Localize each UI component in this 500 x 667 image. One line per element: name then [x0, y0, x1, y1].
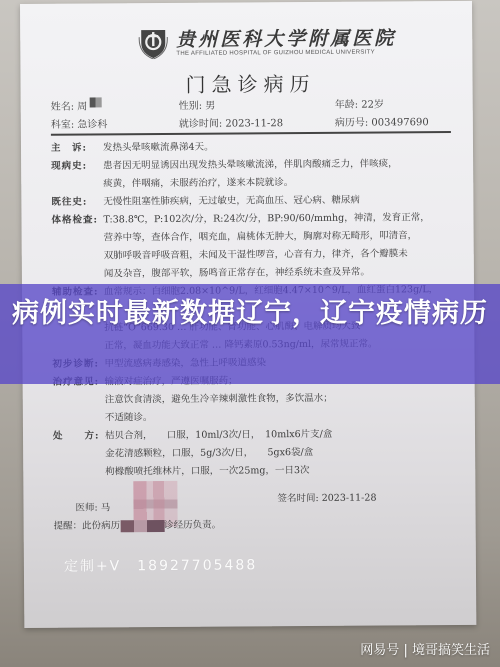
article-title: 病例实时最新数据辽宁，辽宁疫情病历	[0, 296, 500, 332]
hospital-logo-icon	[138, 27, 168, 59]
handwritten-watermark: 定制+V 18927705488	[64, 554, 257, 575]
patient-age: 年龄: 22岁	[335, 95, 384, 110]
doctor-name: 医师: 马	[75, 499, 110, 517]
patient-gender: 性别: 男	[179, 97, 216, 112]
redacted-text	[120, 520, 164, 532]
physical-exam: 体格检查: T:38.8℃，P:102次/分，R:24次/分，BP:90/60/…	[51, 209, 461, 284]
separator: |	[403, 643, 407, 658]
signature-row: 医师: 马 签名时间: 2023-11-28	[53, 493, 463, 518]
account-name: 境哥搞笑生活	[412, 643, 490, 658]
visit-time: 就诊时间: 2023-11-28	[179, 114, 283, 130]
title-banner: 病例实时最新数据辽宁，辽宁疫情病历	[0, 284, 500, 384]
record-number: 病历号: 003497690	[335, 113, 429, 129]
source-watermark: 网易号 | 境哥搞笑生活	[360, 639, 490, 658]
redacted-name	[89, 97, 101, 107]
hospital-name-cn: 贵州医科大学附属医院	[176, 23, 396, 52]
prescription: 处 方: 桔贝合剂， 口服，10ml/3次/日， 10mlx6片支/盒 金花清感…	[53, 425, 463, 482]
document-title: 门急诊病历	[20, 67, 480, 99]
present-illness: 现病史: 患者因无明显诱因出现发热头晕咳嗽流涕，伴肌肉酸痛乏力，伴咳痰， 痰黄，…	[51, 155, 461, 194]
patient-info: 姓名: 周 性别: 男 年龄: 22岁 科室: 急诊科 就诊时间: 2023-1…	[51, 95, 451, 134]
hospital-name-en: THE AFFILIATED HOSPITAL OF GUIZHOU MEDIC…	[176, 50, 375, 57]
platform-name: 网易号	[360, 643, 399, 658]
department: 科室: 急诊科	[51, 115, 108, 130]
hospital-header: 贵州医科大学附属医院 THE AFFILIATED HOSPITAL OF GU…	[138, 22, 378, 64]
reminder: 提醒：此份病历诊经历负责。	[54, 515, 464, 536]
sign-time: 签名时间: 2023-11-28	[277, 490, 376, 509]
patient-name: 姓名: 周	[51, 98, 88, 113]
